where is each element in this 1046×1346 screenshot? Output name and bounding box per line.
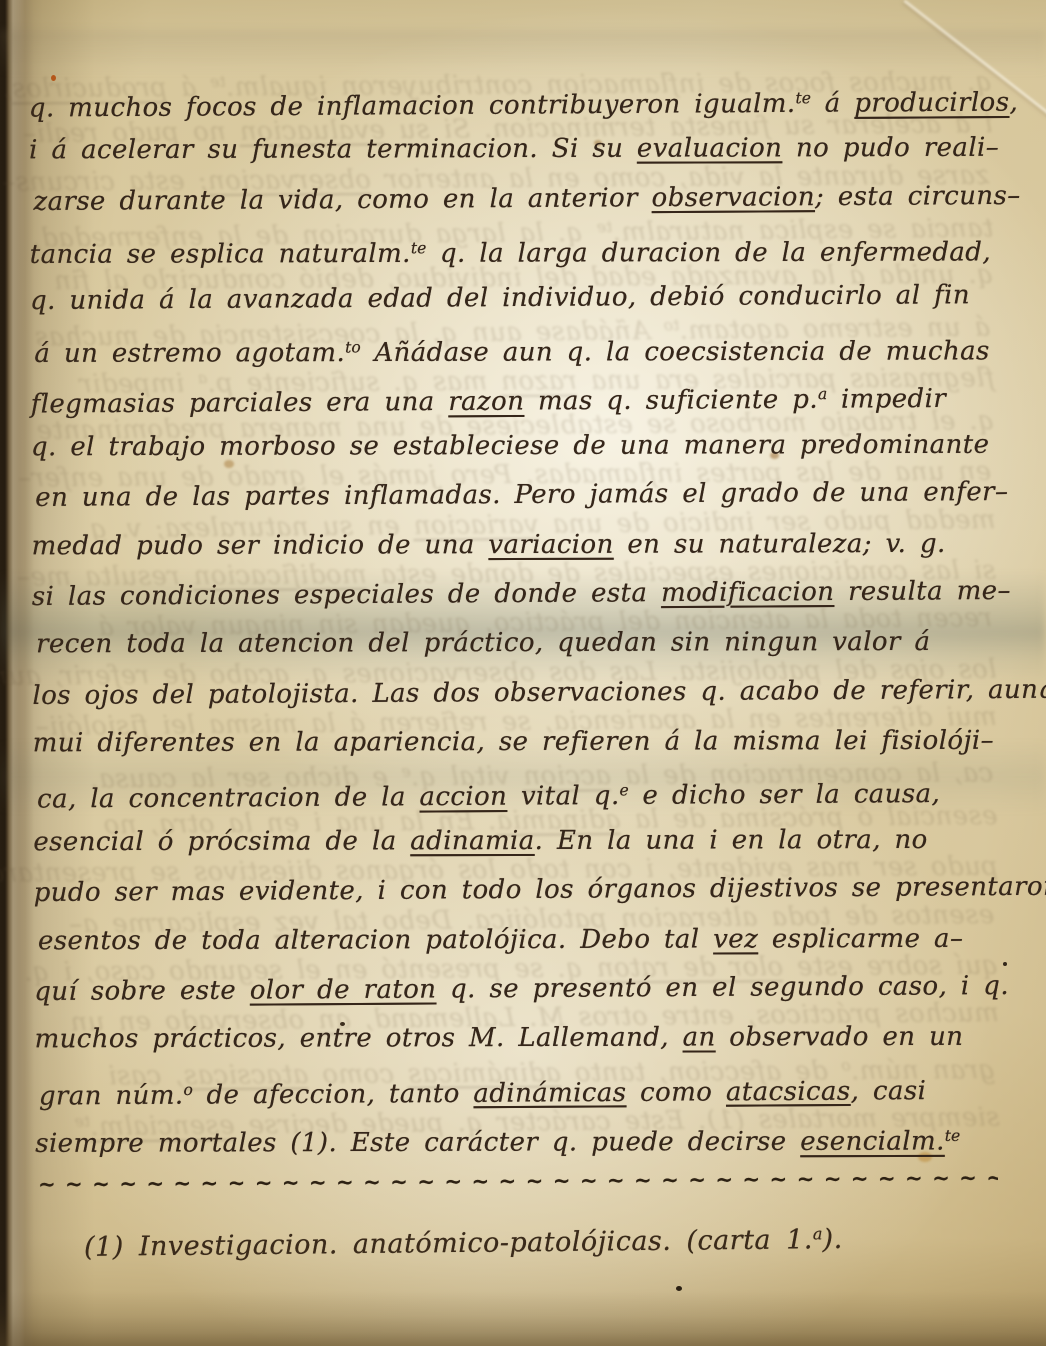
text-run: observado en un (716, 1022, 964, 1053)
manuscript-line: gran núm.o de afeccion, tanto adinámicas… (39, 1061, 1001, 1116)
underlined-word: modificacion (661, 577, 835, 608)
manuscript-line: flegmasias parciales era una razon mas q… (31, 369, 997, 424)
superscript-abbreviation: to (345, 338, 361, 356)
text-run: , casi (851, 1076, 927, 1106)
superscript-abbreviation: te (795, 89, 811, 107)
manuscript-line: siempre mortales (1). Este carácter q. p… (35, 1112, 1001, 1164)
manuscript-line: ca, la concentracion de la accion vital … (37, 765, 999, 820)
text-run: q. unida á la avanzada edad del individu… (30, 280, 970, 316)
text-run: i á acelerar su funesta terminacion. Si … (29, 134, 637, 166)
underlined-word: producirlos (854, 88, 1009, 119)
manuscript-line: mui diferentes en la apariencia, se refi… (33, 717, 999, 769)
text-run: en su naturaleza; v. g. (614, 528, 946, 559)
text-run: esplicarme a– (758, 923, 963, 954)
text-run: mui diferentes en la apariencia, se refi… (33, 726, 994, 759)
footnote: (1) Investigacion. anatómico-patolójicas… (84, 1208, 843, 1274)
text-run: esentos de toda alteracion patolójica. D… (38, 924, 713, 956)
text-run: gran núm. (39, 1080, 184, 1111)
text-run: los ojos del patolojista. Las dos observ… (32, 674, 1046, 710)
squiggle-divider: ~~~~~~~~~~~~~~~~~~~~~~~~~~~~~~~~~~~~~~~~… (38, 1165, 998, 1197)
text-run: medad pudo ser indicio de una (32, 530, 489, 561)
superscript-abbreviation: o (183, 1081, 193, 1099)
manuscript-line: esencial ó prócsima de la adinamia. En l… (33, 816, 999, 868)
underlined-word: variacion (488, 529, 613, 559)
text-run: en una de las partes inflamadas. Pero ja… (35, 477, 1008, 513)
manuscript-line: q. muchos focos de inflamacion contribuy… (29, 73, 995, 128)
underlined-word: observacion (652, 182, 816, 213)
text-run: esencial ó prócsima de la (33, 826, 410, 857)
underlined-word: vez (713, 924, 758, 954)
top-fold-shadow (0, 30, 1046, 80)
manuscript-line: q. el trabajo morboso se estableciese de… (31, 420, 997, 472)
ink-speck (676, 1286, 682, 1291)
superscript-abbreviation: a (813, 1224, 823, 1243)
superscript-abbreviation: e (619, 782, 628, 800)
text-run: si las condiciones especiales de donde e… (32, 578, 661, 612)
text-run: . En la una i en la otra, no (535, 825, 928, 856)
text-run: impedir (827, 384, 946, 415)
underlined-word: olor de raton (250, 975, 437, 1006)
underlined-word: evaluacion (637, 134, 782, 164)
manuscript-line: q. unida á la avanzada edad del individu… (30, 271, 996, 326)
text-run: flegmasias parciales era una (31, 387, 449, 420)
text-run: á (811, 88, 854, 118)
manuscript-text-block: q. muchos focos de inflamacion contribuy… (29, 73, 1002, 1165)
underlined-word: an (683, 1023, 716, 1053)
manuscript-line: pudo ser mas evidente, i con todo los ór… (34, 863, 1000, 918)
text-run: zarse durante la vida, como en la anteri… (33, 183, 651, 217)
manuscript-line: en una de las partes inflamadas. Pero ja… (35, 468, 997, 523)
text-run: Añádase aun q. la coecsistencia de mucha… (361, 336, 990, 368)
text-run: siempre mortales (1). Este carácter q. p… (35, 1127, 800, 1159)
text-run: resulta me– (834, 576, 1011, 607)
underlined-word: adinamia (410, 826, 534, 856)
text-run: q. la larga duracion de la enfermedad, (426, 238, 991, 269)
manuscript-line: medad pudo ser indicio de una variacion … (31, 519, 997, 571)
manuscript-line: los ojos del patolojista. Las dos observ… (32, 666, 998, 721)
text-run: ; esta circuns– (815, 181, 1021, 212)
manuscript-line: quí sobre este olor de raton q. se prese… (34, 962, 1000, 1017)
text-run: tancia se esplica naturalm. (30, 239, 411, 270)
manuscript-line: á un estremo agotam.to Añádase aun q. la… (34, 322, 996, 374)
text-run: mas q. suficiente p. (524, 385, 818, 417)
manuscript-page: q. muchos focos de inflamacion contribuy… (0, 0, 1046, 1346)
underlined-word: razon (448, 387, 524, 417)
manuscript-line: esentos de toda alteracion patolójica. D… (38, 914, 1000, 966)
text-run: como (626, 1077, 726, 1108)
text-run: (1) Investigacion. anatómico-patolójicas… (84, 1224, 813, 1263)
text-run: recen toda la atencion del práctico, que… (36, 627, 930, 659)
text-run: de afeccion, tanto (193, 1079, 474, 1111)
text-run: no pudo reali– (782, 133, 999, 164)
text-run: quí sobre este (34, 976, 250, 1007)
underlined-word: atacsicas (726, 1076, 851, 1107)
text-run: vital q. (507, 781, 619, 812)
underlined-word: accion (419, 782, 507, 813)
manuscript-line: si las condiciones especiales de donde e… (32, 567, 998, 622)
manuscript-line: tancia se esplica naturalm.te q. la larg… (30, 223, 996, 275)
manuscript-line: zarse durante la vida, como en la anteri… (33, 172, 995, 227)
text-run: ca, la concentracion de la (37, 783, 420, 815)
superscript-abbreviation: a (818, 385, 827, 403)
underlined-word: esencialm. (800, 1127, 945, 1157)
manuscript-line: i á acelerar su funesta terminacion. Si … (29, 124, 995, 176)
bottom-edge-shadow (0, 1291, 1046, 1346)
underlined-word: adinámicas (473, 1078, 626, 1109)
text-run: , (1009, 87, 1018, 117)
text-run: pudo ser mas evidente, i con todo los ór… (34, 872, 1046, 908)
superscript-abbreviation: te (945, 1127, 961, 1145)
text-run: e dicho ser la causa, (629, 779, 941, 811)
text-run: q. se presentó en el segundo caso, i q. (436, 971, 1009, 1004)
manuscript-line: muchos prácticos, entre otros M. Lallema… (35, 1013, 1001, 1065)
text-run: ). (822, 1224, 842, 1255)
text-run: muchos prácticos, entre otros M. Lallema… (35, 1023, 683, 1055)
superscript-abbreviation: te (411, 239, 427, 257)
text-run: á un estremo agotam. (34, 338, 345, 369)
text-run: q. muchos focos de inflamacion contribuy… (29, 89, 796, 124)
text-run: q. el trabajo morboso se estableciese de… (31, 429, 989, 462)
ink-speck (1003, 962, 1007, 966)
manuscript-line: recen toda la atencion del práctico, que… (36, 618, 998, 670)
